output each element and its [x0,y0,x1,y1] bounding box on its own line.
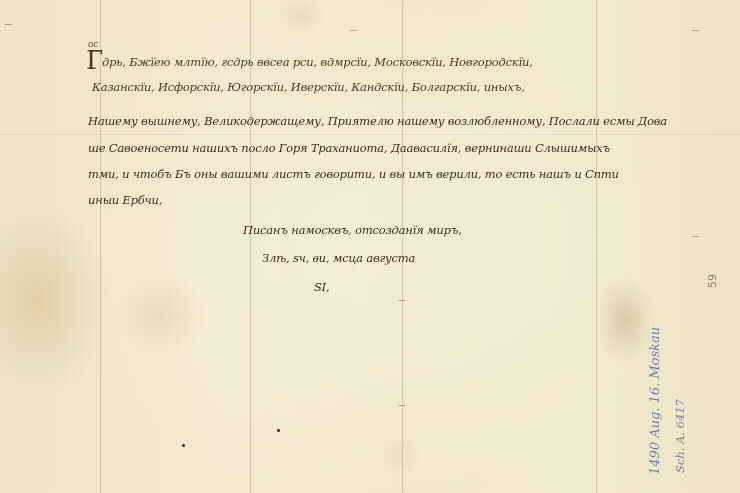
vertical-fold-line [596,0,598,493]
text-line-1: дрь, Бжїею млтїю, гсдрь ввсеа рси, вдмрс… [102,55,533,69]
vertical-fold-line [402,0,404,493]
ink-speck [277,429,280,432]
text-line-4: ше Савоеносети нашихъ посло Горя Трахани… [88,141,610,155]
text-line-5: тми, и чтобъ Бъ оны вашими листъ говорит… [88,167,619,181]
closing-line-2: Злѣ, sч, ѳи, мсца августа [262,251,415,265]
crease-mark [398,405,405,406]
horizontal-fold-line [0,134,740,136]
text-line-3: Нашему вышнему, Великодержащему, Приятел… [88,114,667,128]
ink-speck [182,444,185,447]
text-line-6: иныи Ербчи, [88,193,162,207]
text-line-2: Казанскїи, Исфорскїи, Югорскїи, Иверскїи… [92,80,525,94]
crease-mark [692,236,699,237]
initial-letter: Г [86,48,103,74]
closing-line-3: SI, [314,280,329,294]
crease-mark [350,30,357,31]
archival-note-shelfmark: Sch. A. 6417 [673,399,687,473]
vertical-fold-line [250,0,252,493]
archival-note-date: 1490 Aug. 16. Moskau [648,327,663,475]
manuscript-page: ос Г дрь, Бжїею млтїю, гсдрь ввсеа рси, … [0,0,740,493]
closing-line-1: Писанъ намосквъ, отсозданїя миръ, [243,223,462,237]
crease-mark [5,24,12,25]
crease-mark [398,300,405,301]
crease-mark [692,30,699,31]
folio-number: 59 [706,274,719,288]
